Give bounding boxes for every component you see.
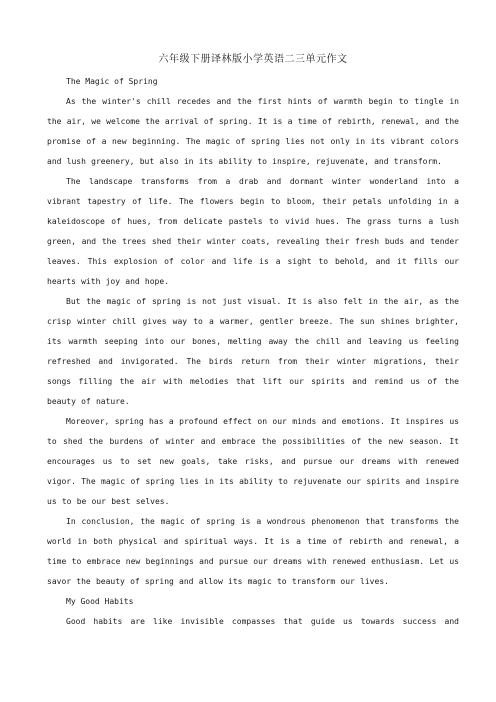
essay-1-paragraph-1: As the winter's chill recedes and the fi… <box>47 92 459 172</box>
essay-1-paragraph-3: But the magic of spring is not just visu… <box>47 292 459 412</box>
essay-2-paragraph-1: Good habits are like invisible compasses… <box>47 612 459 632</box>
essay-1-paragraph-2: The landscape transforms from a drab and… <box>47 172 459 292</box>
essay-heading-my-good-habits: My Good Habits <box>47 592 459 612</box>
essay-1-paragraph-4: Moreover, spring has a profound effect o… <box>47 412 459 512</box>
essay-1-paragraph-5: In conclusion, the magic of spring is a … <box>47 512 459 592</box>
essay-heading-magic-of-spring: The Magic of Spring <box>47 72 459 92</box>
document-title: 六年级下册译林版小学英语二三单元作文 <box>47 50 459 70</box>
document-page: 六年级下册译林版小学英语二三单元作文 The Magic of Spring A… <box>0 0 496 702</box>
